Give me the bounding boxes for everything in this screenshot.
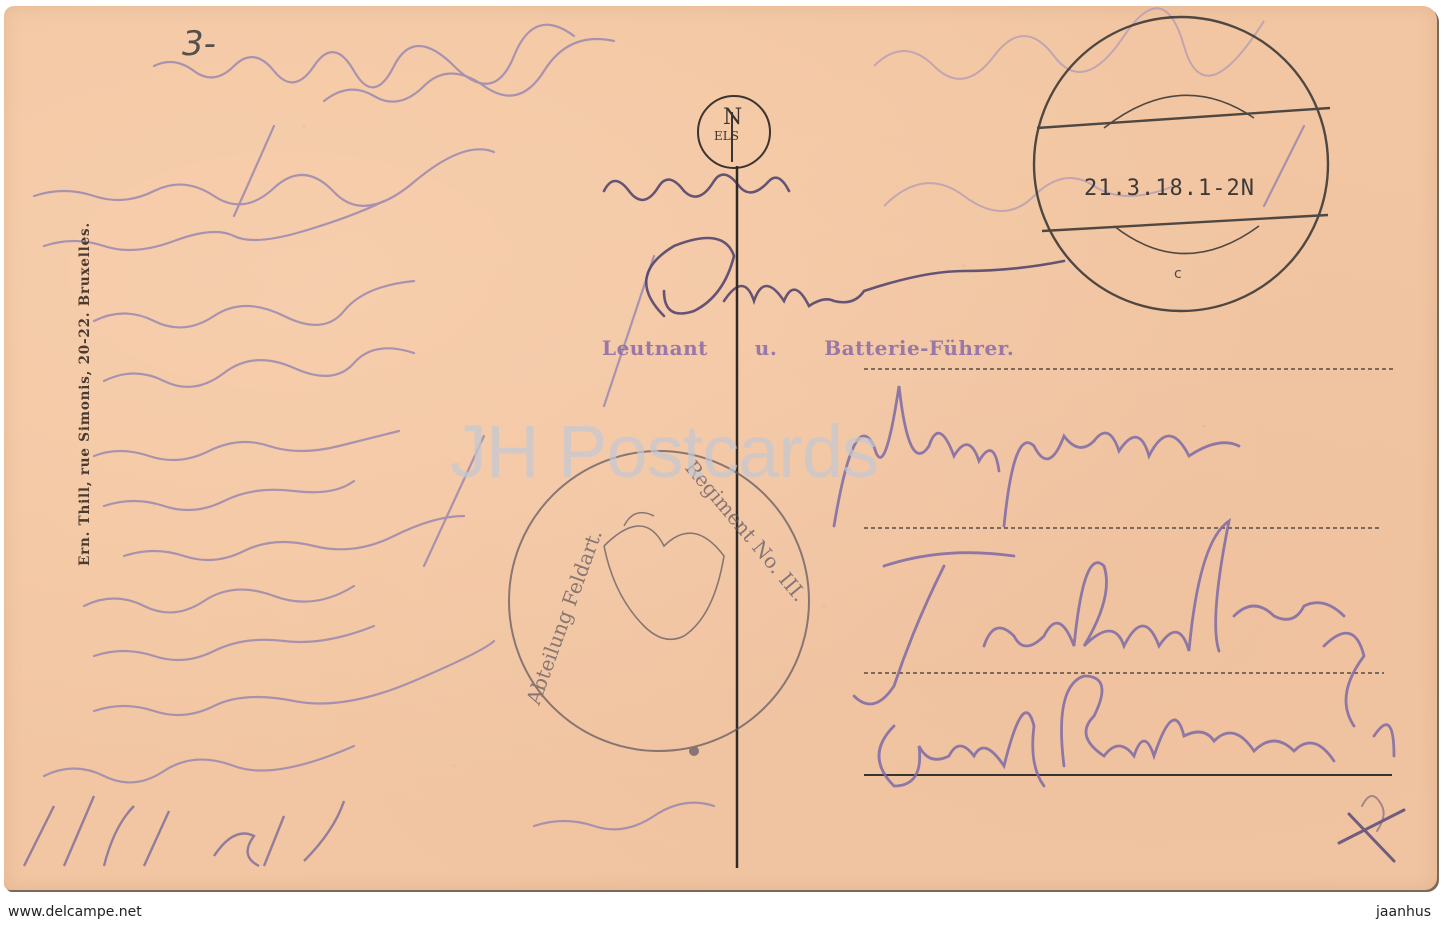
censor-signature: [604, 175, 1064, 316]
watermark: JH Postcards: [450, 409, 878, 494]
nels-logo-icon: N ELS: [698, 96, 770, 168]
rank-stamp-leutnant: Leutnant: [602, 336, 708, 360]
rank-stamp-u: u.: [755, 336, 778, 360]
rank-stamp: Leutnant u. Batterie-Führer.: [602, 336, 1014, 360]
postcard-scan: N ELS: [0, 0, 1445, 931]
pencil-price: 3-: [182, 24, 216, 64]
corner-x-mark: [1339, 796, 1404, 861]
rank-stamp-batterie-fuehrer: Batterie-Führer.: [824, 336, 1014, 360]
publisher-imprint: Ern. Thill, rue Simonis, 20-22. Bruxelle…: [77, 222, 93, 566]
postmark-date: 21.3.18.1-2N: [1084, 176, 1255, 201]
message-date-handwriting: [24, 796, 344, 866]
svg-text:Abteilung Feldart.: Abteilung Feldart.: [521, 526, 607, 709]
footer-seller-label: jaanhus: [1376, 904, 1431, 920]
footer-site-label: www.delcampe.net: [8, 904, 142, 920]
address-lines: [864, 369, 1394, 775]
regimental-seal: Abteilung Feldart. Regiment No. III.: [509, 451, 812, 756]
svg-text:c: c: [1174, 266, 1182, 282]
address-handwriting: [834, 386, 1394, 786]
svg-text:ELS: ELS: [714, 129, 739, 143]
postcard-back: N ELS: [4, 6, 1437, 890]
